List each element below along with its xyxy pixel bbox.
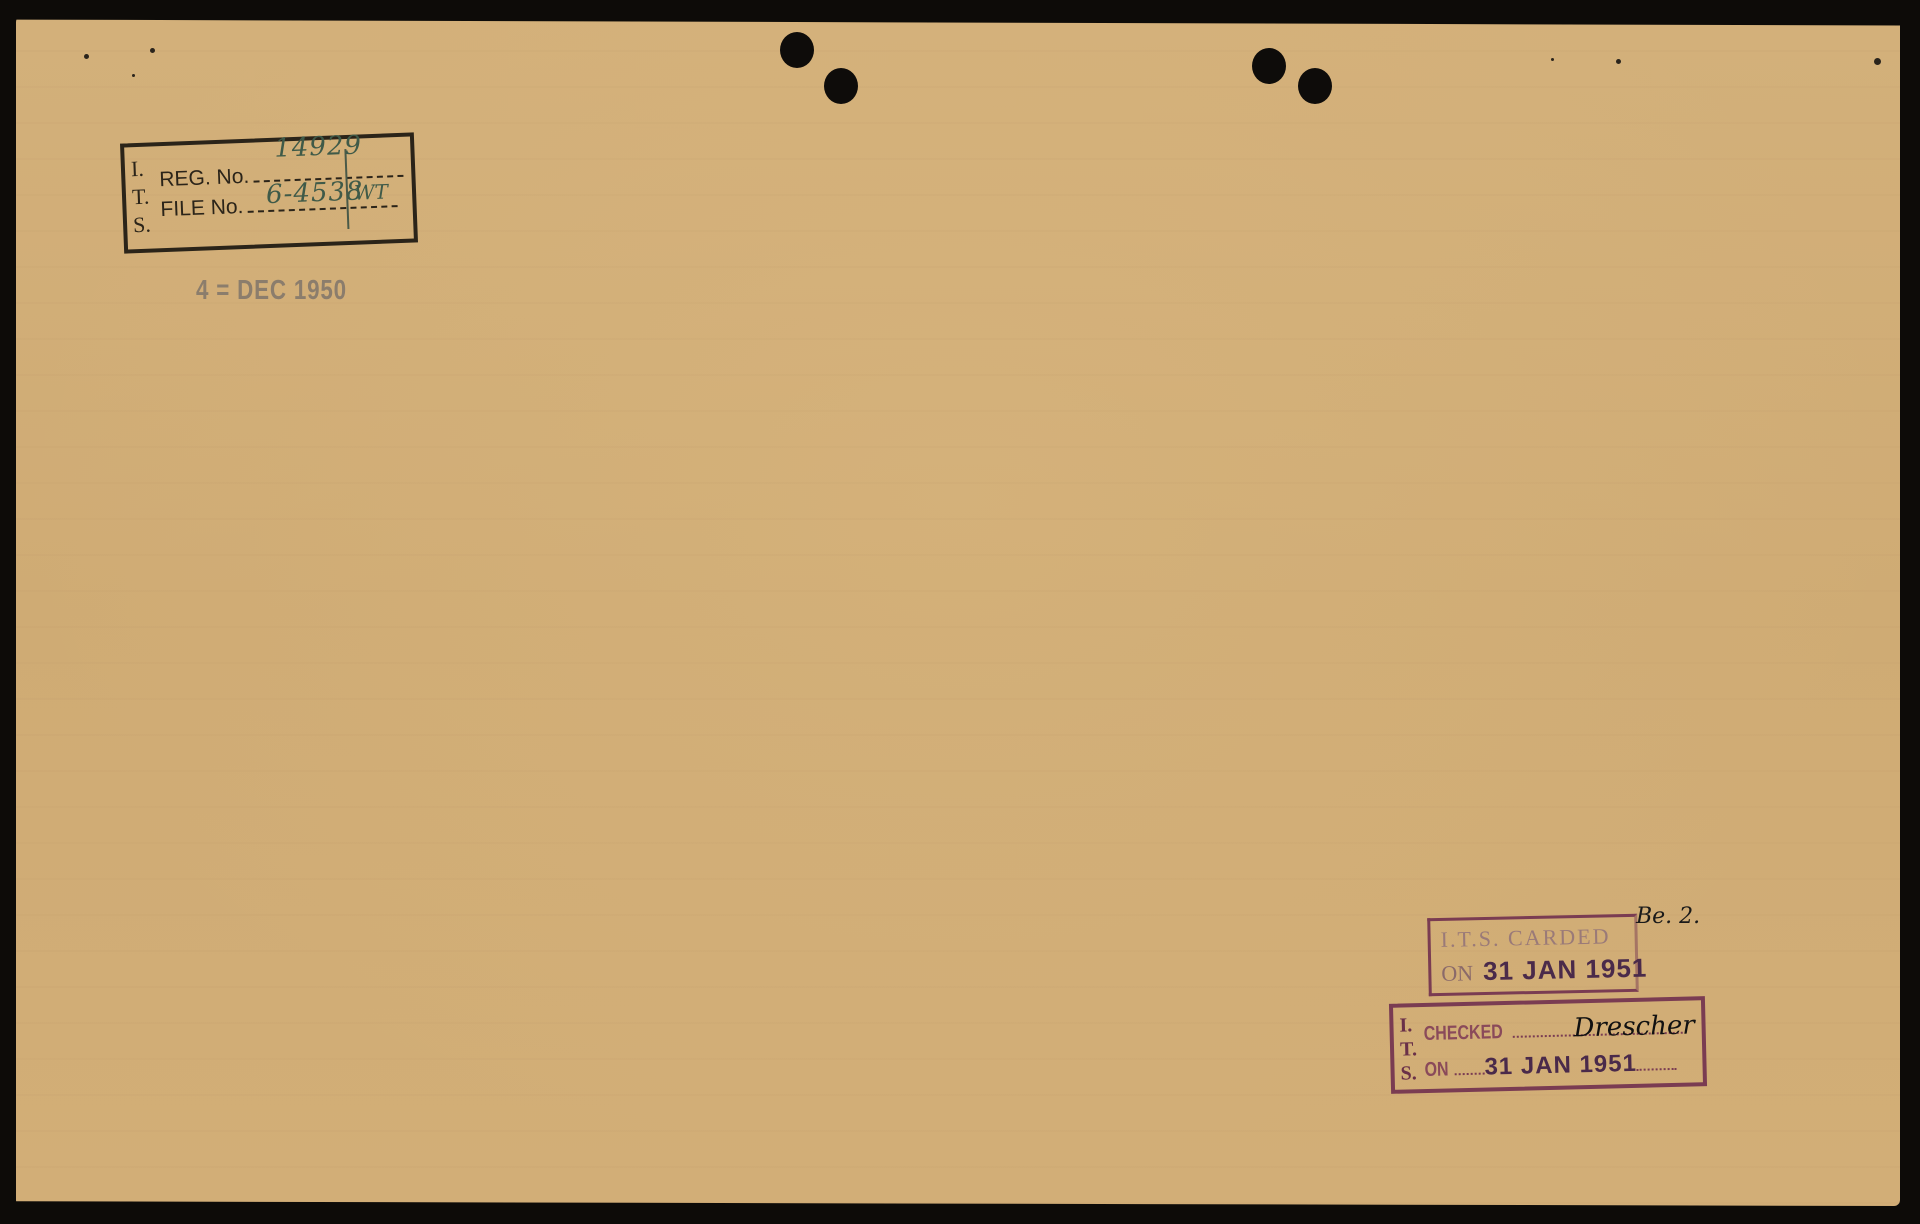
file-label: FILE No. (160, 195, 244, 221)
its-reg-stamp: I. T. S. REG. No. FILE No. 14929 6-4538 … (120, 132, 418, 253)
its-letters: I. T. S. (130, 155, 151, 240)
reg-number-value: 14929 (274, 130, 363, 163)
speck-mark (1616, 59, 1621, 64)
speck-mark (1874, 58, 1881, 65)
reg-label: REG. No. (159, 165, 250, 191)
checked-row: CHECKED Drescher (1423, 1017, 1682, 1046)
checked-date: 31 JAN 1951 (1484, 1050, 1637, 1081)
its-letters: I. T. S. (1399, 1013, 1418, 1085)
checked-by-signature: Drescher (1573, 1010, 1695, 1043)
received-date-stamp: 4 = DEC 1950 (196, 274, 347, 306)
punch-hole-icon (1252, 48, 1286, 84)
its-carded-stamp: I.T.S. CARDED ON31 JAN 1951 (1427, 914, 1639, 996)
file-number-value: 6-4538 (266, 176, 365, 210)
checked-date-row: ON31 JAN 1951 (1424, 1049, 1677, 1083)
speck-mark (84, 54, 89, 59)
speck-mark (132, 74, 135, 77)
speck-mark (150, 48, 155, 53)
punch-hole-icon (1298, 68, 1332, 104)
file-suffix: WT (354, 179, 389, 204)
carded-date-row: ON31 JAN 1951 (1441, 953, 1648, 988)
punch-hole-icon (824, 68, 858, 104)
its-checked-stamp: I. T. S. CHECKED Drescher ON31 JAN 1951 (1389, 996, 1707, 1094)
carded-label: I.T.S. CARDED (1440, 923, 1610, 953)
handwritten-annotation: Be. 2. (1636, 904, 1700, 929)
document-paper: I. T. S. REG. No. FILE No. 14929 6-4538 … (16, 16, 1900, 1206)
checked-label: CHECKED (1423, 1021, 1503, 1046)
carded-date: 31 JAN 1951 (1483, 953, 1648, 986)
speck-mark (1551, 58, 1554, 61)
punch-hole-icon (780, 32, 814, 68)
